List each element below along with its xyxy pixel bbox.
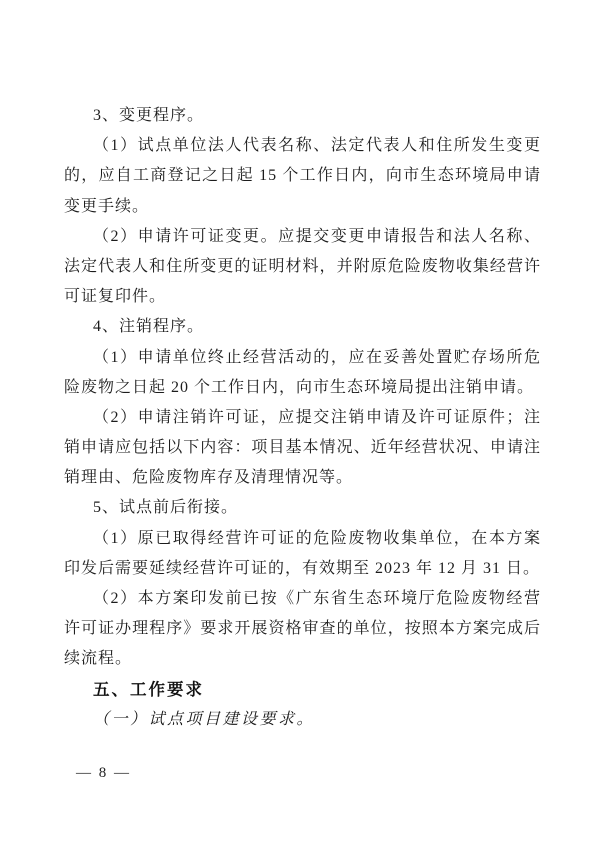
text-line: 险废物之日起 20 个工作日内，向市生态环境局提出注销申请。 (64, 373, 541, 403)
page-number: — 8 — (76, 761, 131, 785)
item-5-point-2: （2）本方案印发前已按《广东省生态环境厅危险废物经营许可证办理程序》要求开展资格… (64, 584, 541, 675)
text-line: 五、工作要求 (64, 675, 541, 705)
text-line: （1）试点单位法人代表名称、法定代表人和住所发生变更 (64, 131, 541, 161)
text-line: 的，应自工商登记之日起 15 个工作日内，向市生态环境局申请 (64, 161, 541, 191)
text-line: 3、变更程序。 (64, 101, 541, 131)
text-line: 印发后需要延续经营许可证的，有效期至 2023 年 12 月 31 日。 (64, 554, 541, 584)
text-line: 许可证办理程序》要求开展资格审查的单位，按照本方案完成后 (64, 614, 541, 644)
item-4-heading: 4、注销程序。 (64, 312, 541, 342)
item-4-point-1: （1）申请单位终止经营活动的，应在妥善处置贮存场所危险废物之日起 20 个工作日… (64, 343, 541, 403)
text-line: 销申请应包括以下内容：项目基本情况、近年经营状况、申请注 (64, 433, 541, 463)
text-line: 法定代表人和住所变更的证明材料，并附原危险废物收集经营许 (64, 252, 541, 282)
item-3-point-2: （2）申请许可证变更。应提交变更申请报告和法人名称、法定代表人和住所变更的证明材… (64, 222, 541, 313)
text-line: （一）试点项目建设要求。 (64, 705, 541, 735)
item-5-point-1: （1）原已取得经营许可证的危险废物收集单位，在本方案印发后需要延续经营许可证的，… (64, 524, 541, 584)
text-line: （1）原已取得经营许可证的危险废物收集单位，在本方案 (64, 524, 541, 554)
text-line: 5、试点前后衔接。 (64, 493, 541, 523)
text-line: 变更手续。 (64, 192, 541, 222)
section-5-heading: 五、工作要求 (64, 675, 541, 705)
text-line: （2）本方案印发前已按《广东省生态环境厅危险废物经营 (64, 584, 541, 614)
text-line: （2）申请许可证变更。应提交变更申请报告和法人名称、 (64, 222, 541, 252)
subsection-1-heading: （一）试点项目建设要求。 (64, 705, 541, 735)
text-line: 销理由、危险废物库存及清理情况等。 (64, 463, 541, 493)
text-line: 续流程。 (64, 644, 541, 674)
item-5-heading: 5、试点前后衔接。 (64, 493, 541, 523)
item-4-point-2: （2）申请注销许可证，应提交注销申请及许可证原件；注销申请应包括以下内容：项目基… (64, 403, 541, 494)
text-line: （1）申请单位终止经营活动的，应在妥善处置贮存场所危 (64, 343, 541, 373)
document-body: 3、变更程序。（1）试点单位法人代表名称、法定代表人和住所发生变更的，应自工商登… (64, 101, 541, 735)
document-page: 3、变更程序。（1）试点单位法人代表名称、法定代表人和住所发生变更的，应自工商登… (0, 0, 600, 848)
item-3-heading: 3、变更程序。 (64, 101, 541, 131)
text-line: 4、注销程序。 (64, 312, 541, 342)
text-line: 可证复印件。 (64, 282, 541, 312)
text-line: （2）申请注销许可证，应提交注销申请及许可证原件；注 (64, 403, 541, 433)
item-3-point-1: （1）试点单位法人代表名称、法定代表人和住所发生变更的，应自工商登记之日起 15… (64, 131, 541, 222)
